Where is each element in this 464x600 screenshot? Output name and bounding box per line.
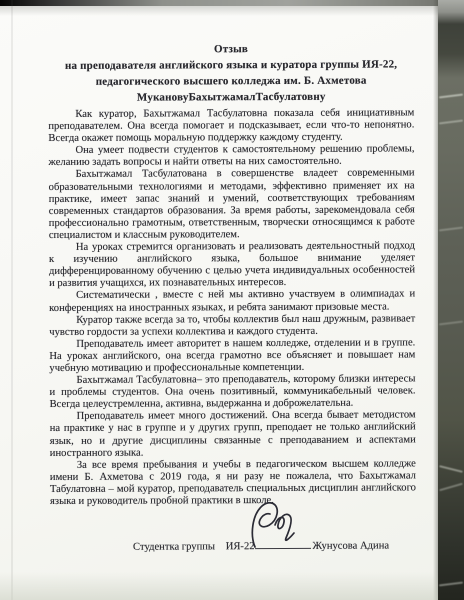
body-paragraph: Бахытжамал Тасбулатовна– это преподавате… (49, 373, 415, 411)
body-paragraph: Она умеет подвести студентов к самостоят… (48, 144, 414, 170)
signature-label: Студентка группы (133, 541, 215, 552)
paper-edge-streak (439, 582, 463, 587)
paper-edge-streak (439, 465, 463, 473)
title-line: педагогического высшего колледжа им. Б. … (48, 72, 414, 90)
scanned-document-page: Отзыв на преподавателя английского языка… (0, 0, 464, 600)
scanner-top-shadow (0, 6, 464, 16)
body-paragraph: Бахытжамал Тасбулатована в совершенстве … (49, 168, 415, 242)
body-paragraph: На уроках стремится организовать и реали… (49, 240, 415, 290)
title-line: на преподавателя английского языка и кур… (48, 56, 414, 74)
body-paragraph: Систематически , вместе с ней мы активно… (49, 289, 415, 315)
paper-edge-streak (439, 227, 463, 232)
paper-edge-streak (439, 120, 463, 125)
letter-body: Как куратор, Бахытжамал Тасбулатовна пок… (48, 107, 416, 508)
paper-right-edge-shadow (433, 0, 438, 600)
paper-bottom-shadow (0, 572, 438, 600)
body-paragraph: Куратор также всегда за то, чтобы коллек… (49, 313, 415, 339)
letter-title-block: Отзыв на преподавателя английского языка… (48, 40, 414, 106)
letter-title: Отзыв (48, 40, 414, 58)
paper-edge-streak (439, 321, 463, 326)
signature-name: Жунусова Адина (313, 540, 390, 551)
body-paragraph: Как куратор, Бахытжамал Тасбулатовна пок… (48, 107, 414, 145)
letter-content: Отзыв на преподавателя английского языка… (48, 40, 416, 508)
paper-edge-streak (439, 483, 463, 492)
scanner-side-strip (438, 0, 464, 600)
paper-left-crease (11, 0, 13, 600)
paper-edge-streak (439, 94, 463, 99)
body-paragraph: За все время пребывания и учебы в педаго… (50, 458, 416, 508)
body-paragraph: Преподаватель имеет авторитет в нашем ко… (49, 337, 415, 375)
body-paragraph: Преподаватель имеет много достижений. Он… (50, 410, 416, 460)
handwritten-signature-icon (248, 500, 304, 554)
title-line: МукановуБахытжамалТасбулатовну (48, 88, 414, 106)
